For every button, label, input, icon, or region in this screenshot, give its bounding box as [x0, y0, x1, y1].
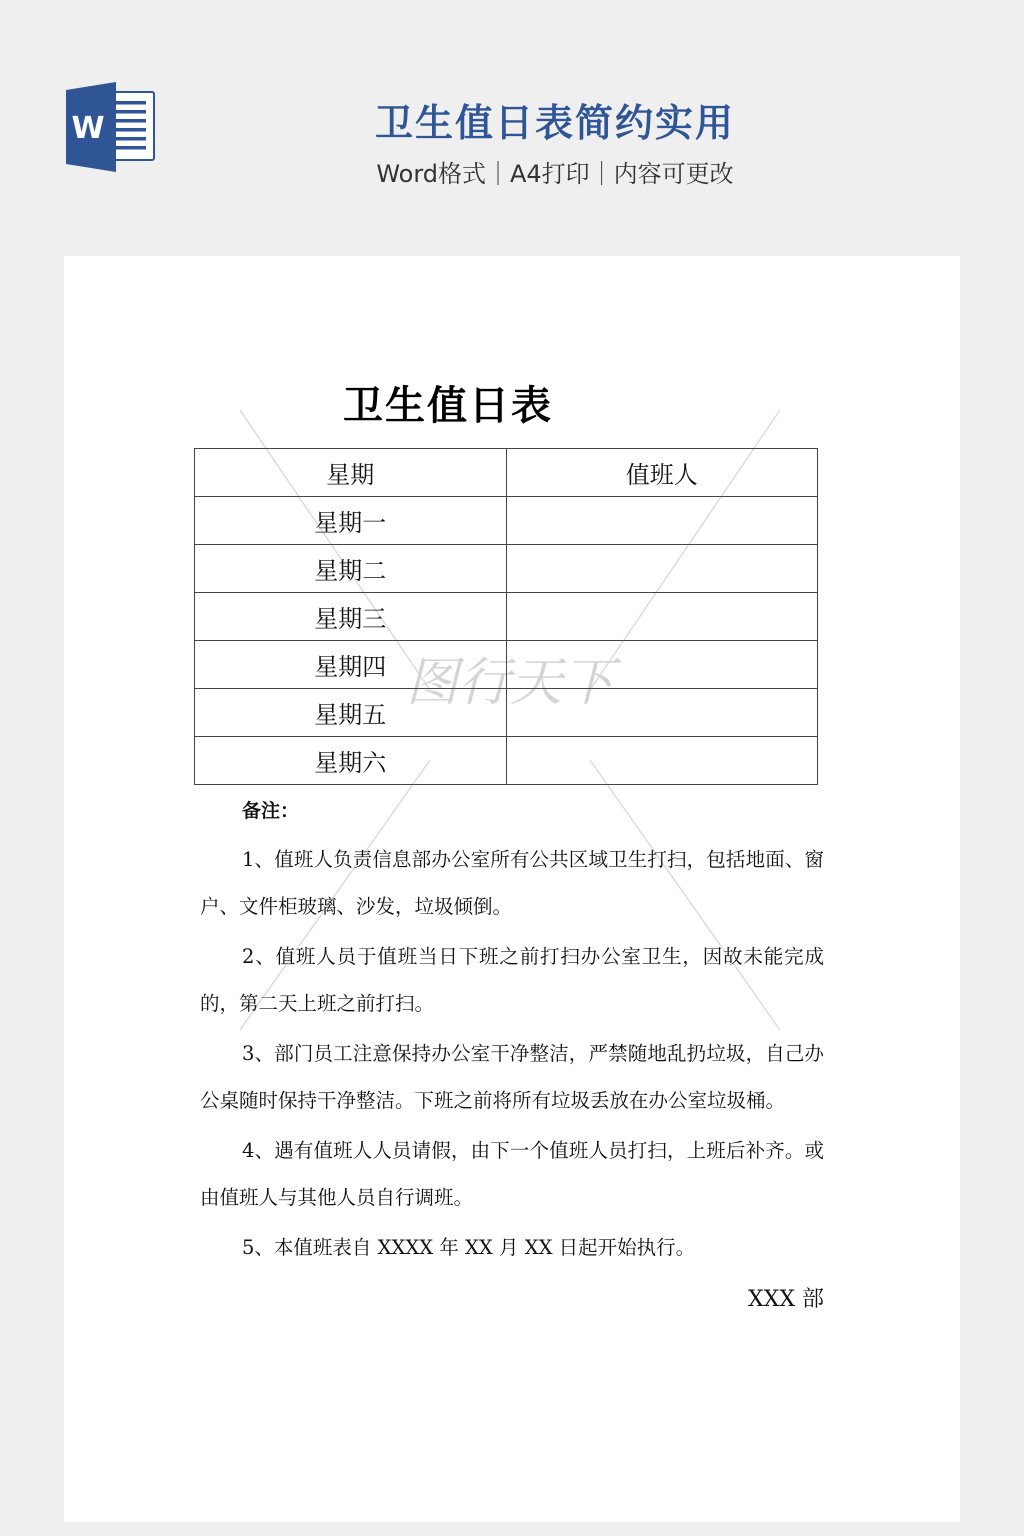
day-cell: 星期六 [195, 737, 507, 785]
note-item: 3、部门员工注意保持办公室干净整洁，严禁随地乱扔垃圾，自己办公桌随时保持干净整洁… [200, 1031, 824, 1124]
column-header-person: 值班人 [506, 449, 818, 497]
notes-label: 备注： [200, 796, 824, 823]
day-cell: 星期四 [195, 641, 507, 689]
table-row: 星期五 [195, 689, 818, 737]
svg-text:W: W [71, 111, 104, 146]
signature: XXX 部 [200, 1276, 824, 1324]
header-subtitle: Word格式｜A4打印｜内容可更改 [330, 154, 780, 189]
note-item: 5、本值班表自 XXXX 年 XX 月 XX 日起开始执行。 [200, 1225, 824, 1272]
person-cell[interactable] [506, 689, 818, 737]
table-row: 星期三 [195, 593, 818, 641]
column-header-day: 星期 [195, 449, 507, 497]
day-cell: 星期五 [195, 689, 507, 737]
person-cell[interactable] [506, 737, 818, 785]
day-cell: 星期一 [195, 497, 507, 545]
person-cell[interactable] [506, 545, 818, 593]
duty-table: 星期 值班人 星期一 星期二 星期三 星期四 星期五 星期六 [194, 448, 818, 785]
note-item: 4、遇有值班人人员请假，由下一个值班人员打扫，上班后补齐。或由值班人与其他人员自… [200, 1128, 824, 1221]
person-cell[interactable] [506, 641, 818, 689]
header-title: 卫生值日表简约实用 [330, 92, 780, 147]
document-title: 卫生值日表 [0, 374, 896, 431]
table-row: 星期一 [195, 497, 818, 545]
note-item: 2、值班人员于值班当日下班之前打扫办公室卫生，因故未能完成的，第二天上班之前打扫… [200, 934, 824, 1027]
table-header-row: 星期 值班人 [195, 449, 818, 497]
word-document-icon: W [64, 82, 156, 172]
day-cell: 星期三 [195, 593, 507, 641]
table-row: 星期六 [195, 737, 818, 785]
person-cell[interactable] [506, 593, 818, 641]
day-cell: 星期二 [195, 545, 507, 593]
table-row: 星期二 [195, 545, 818, 593]
table-row: 星期四 [195, 641, 818, 689]
note-item: 1、值班人负责信息部办公室所有公共区域卫生打扫，包括地面、窗户、文件柜玻璃、沙发… [200, 837, 824, 930]
person-cell[interactable] [506, 497, 818, 545]
notes-section: 备注： 1、值班人负责信息部办公室所有公共区域卫生打扫，包括地面、窗户、文件柜玻… [200, 796, 824, 1324]
